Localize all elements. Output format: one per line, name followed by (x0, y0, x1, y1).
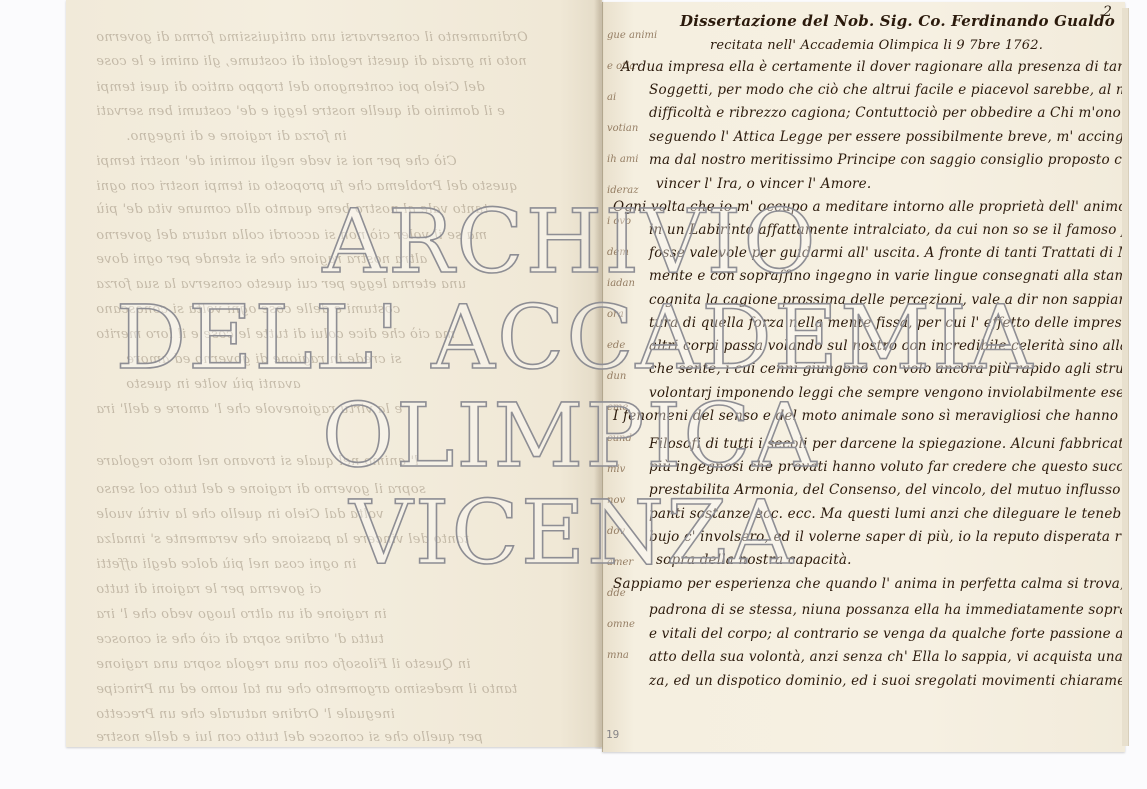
archive-stamp-number: 19 (606, 728, 619, 741)
manuscript-line: fosse valevole per guidarmi all' uscita.… (649, 245, 1125, 261)
bleed-through-line: avanti più volte in questo (126, 377, 301, 392)
margin-bleed-fragment: dem (607, 247, 629, 258)
bleed-through-line: del Cielo poi contengono del troppo anti… (96, 80, 485, 95)
manuscript-line: Filosofi di tutti i secoli per darcene l… (649, 436, 1125, 452)
margin-bleed-fragment: dov (607, 526, 625, 537)
margin-bleed-fragment: gue animi (607, 30, 657, 41)
document-subtitle: recitata nell' Accademia Olimpica li 9 7… (710, 38, 1043, 53)
document-title: Dissertazione del Nob. Sig. Co. Ferdinan… (680, 12, 1115, 30)
manuscript-line: Sappiamo per esperienza che quando l' an… (613, 576, 1125, 592)
manuscript-line: Soggetti, per modo che ciò che altrui fa… (649, 82, 1125, 98)
margin-bleed-fragment: iadan (607, 278, 635, 289)
bleed-through-line: Ciò che per noi si vede negli uomini de'… (96, 154, 457, 169)
manuscript-line: Ogni volta che io m' occupo a meditare i… (613, 199, 1125, 215)
bleed-through-line: tutta d' ordine sopra di ciò che si cono… (96, 632, 384, 647)
manuscript-line: vincer l' Ira, o vincer l' Amore. (656, 176, 871, 192)
bleed-through-line: tanto del vincere la passione che verame… (96, 532, 469, 547)
bleed-through-line: noto in grazia di questi regolati di cos… (96, 54, 527, 69)
bleed-through-line: in ragione di un altro luogo vedo che l'… (96, 607, 387, 622)
bleed-through-line: l' animo nel quale si trovano nel moto r… (96, 454, 419, 469)
bleed-through-line: sopra il governo di ragione e del tutto … (96, 482, 426, 497)
margin-bleed-fragment: i ovo (607, 216, 631, 227)
manuscript-line: atto della sua volontà, anzi senza ch' E… (649, 649, 1125, 665)
margin-bleed-fragment: ideraz (607, 185, 639, 196)
margin-bleed-fragment: mna (607, 650, 629, 661)
manuscript-line: altri corpi passa volando sul nostro con… (649, 338, 1125, 354)
bleed-through-line: e il dominio di quelle nostre leggi e de… (96, 104, 505, 119)
bleed-through-line: altra nostra ragione che si stende per o… (96, 252, 427, 267)
margin-bleed-fragment: amer (607, 557, 633, 568)
margin-bleed-fragment: ai (607, 92, 616, 103)
manuscript-line: mente e con sopraffino ingegno in varie … (649, 268, 1125, 284)
bleed-through-line: ineguale l' Ordine naturale che un Prece… (96, 707, 395, 722)
manuscript-line: Ardua impresa ella è certamente il dover… (621, 59, 1125, 75)
manuscript-line: ma dal nostro meritissimo Principe con s… (649, 152, 1125, 168)
bleed-through-line: in forza di ragione e di ingegno. (126, 129, 347, 144)
manuscript-line: volontarj imponendo leggi che sempre ven… (649, 385, 1125, 401)
bleed-through-line: in ogni cosa nel più dolce degli affetti (96, 557, 356, 572)
margin-bleed-fragment: dun (607, 371, 626, 382)
margin-bleed-fragment: ih ami (607, 154, 638, 165)
bleed-through-line: ma se il voler ciò non si accordi colla … (96, 228, 487, 243)
bleed-through-line: ma ciò che dice colui di tutte le cose e… (96, 327, 455, 342)
manuscript-line: tura di quella forza nella mente fissa, … (649, 315, 1125, 331)
bleed-through-line: questo del Problema che fu proposto ai t… (96, 179, 518, 194)
manuscript-line: più ingegnosi che provati hanno voluto f… (649, 459, 1125, 475)
margin-bleed-fragment: nov (607, 495, 625, 506)
manuscript-line: che sente, i cui cenni giungono con volo… (649, 361, 1125, 377)
manuscript-line: cognita la cagione prossima delle percez… (649, 292, 1125, 308)
bleed-through-line: Ordinamento il conservarsi una antiquiss… (96, 30, 528, 45)
manuscript-line: prestabilita Armonia, del Consenso, del … (649, 482, 1125, 498)
manuscript-line: I fenomeni del senso e del moto animale … (613, 408, 1125, 424)
left-page: Ordinamento il conservarsi una antiquiss… (66, 0, 602, 747)
manuscript-line: sopra della nostra capacità. (656, 552, 852, 568)
margin-bleed-fragment: omne (607, 619, 635, 630)
bleed-through-line: e la virtù ragionevole che l' amore e de… (96, 402, 402, 417)
bleed-through-line: costumi e delle cose ogni volta si conos… (96, 302, 400, 317)
margin-bleed-fragment: votian (607, 123, 638, 134)
margin-bleed-fragment: ora (607, 309, 624, 320)
right-page: gue animie otiaaivotianih amiiderazi ovo… (602, 2, 1125, 752)
bleed-through-line: una eterna legge per cui questo conserva… (96, 277, 466, 292)
right-page-edge (1122, 8, 1129, 746)
manuscript-line: padrona di se stessa, niuna possanza ell… (649, 602, 1125, 618)
margin-bleed-fragment: cund (607, 433, 632, 444)
manuscript-line: difficoltà e ribrezzo cagiona; Contuttoc… (649, 105, 1125, 121)
bleed-through-line: ci governa per le ragioni di tutto (96, 582, 321, 597)
bleed-through-line: tanto vale al nostro bene quanto alla co… (96, 202, 488, 217)
bleed-through-line: in Questo il Filosofo con una regola sop… (96, 657, 471, 672)
bleed-through-line: tanto il medesimo argomento che un tal u… (96, 682, 517, 697)
bleed-through-line: si crede in ragione di governo ed amore (126, 352, 401, 367)
manuscript-line: in un Labirinto affattamente intralciato… (649, 222, 1125, 238)
margin-bleed-fragment: ede (607, 340, 625, 351)
margin-bleed-fragment: miv (607, 464, 625, 475)
manuscript-line: seguendo l' Attica Legge per essere poss… (649, 129, 1125, 145)
gutter-fold (594, 0, 604, 749)
manuscript-line: bujo c' involsero, ed il volerne saper d… (649, 529, 1125, 545)
manuscript-line: panti sostanze ecc. ecc. Ma questi lumi … (649, 506, 1125, 522)
bleed-through-line: per quello che si conosce del tutto con … (96, 730, 483, 745)
bleed-through-line: volta dal Cielo in quello che la virtù v… (96, 507, 384, 522)
manuscript-line: za, ed un dispotico dominio, ed i suoi s… (649, 673, 1125, 689)
manuscript-line: e vitali del corpo; al contrario se veng… (649, 626, 1125, 642)
